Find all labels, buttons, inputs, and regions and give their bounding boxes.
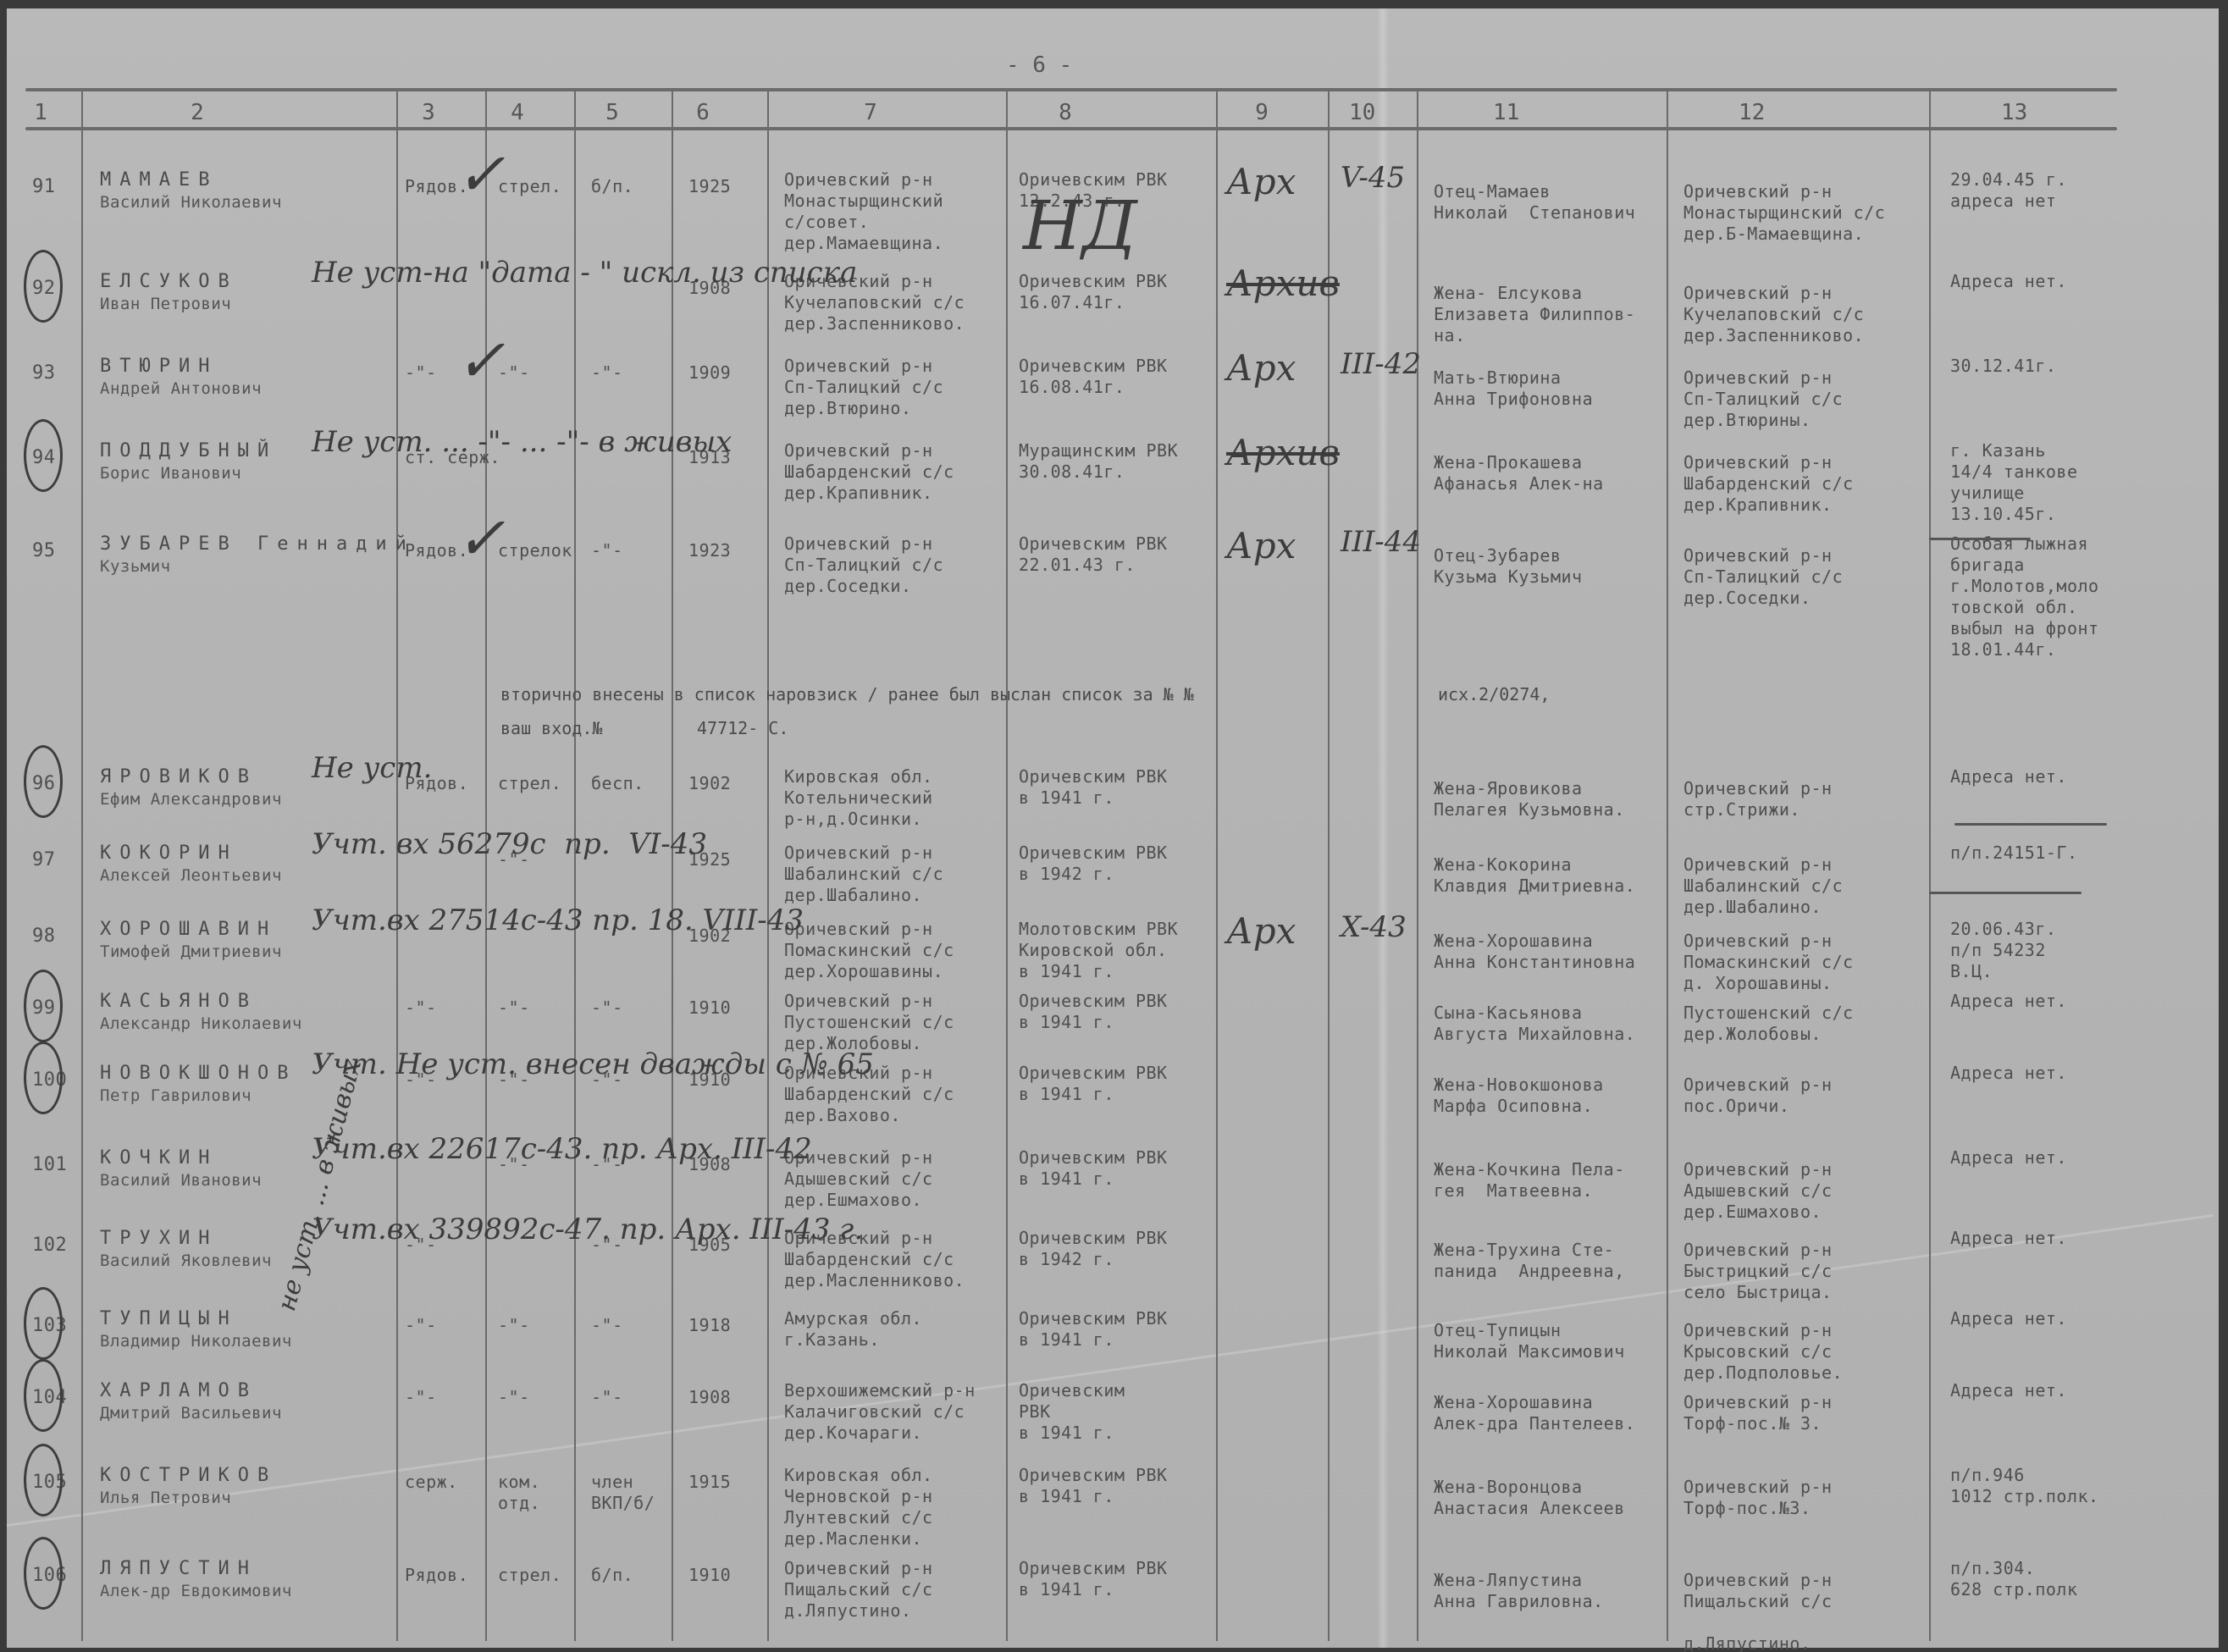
interim-note-label: ваш вход.№ — [500, 718, 602, 738]
column-number-7: 7 — [858, 100, 883, 125]
header-bottom-rule — [25, 127, 2117, 130]
birthplace-line: Черновской р-н — [784, 1486, 933, 1507]
fate-note-line: 1012 стр.полк. — [1950, 1486, 2099, 1507]
relative-address-line: дер.Жолобовы. — [1683, 1024, 1822, 1045]
birthplace-line: с/совет. — [784, 212, 869, 233]
relative-line: Отец-Тупицын — [1434, 1320, 1562, 1341]
relative-line: гея Матвеевна. — [1434, 1180, 1593, 1202]
draft-office-line: Кировской обл. — [1019, 940, 1168, 961]
relative-line: Августа Михайловна. — [1434, 1024, 1635, 1045]
relative-address-line: Оричевский р-н — [1683, 778, 1833, 799]
relative-address-line: Торф-пос.№3. — [1683, 1498, 1811, 1519]
draft-office-line: Молотовским РВК — [1019, 919, 1178, 940]
fate-note-line: адреса нет — [1950, 191, 2056, 212]
relative-line: Жена-Кочкина Пела- — [1434, 1159, 1625, 1180]
birthplace-line: Адышевский с/с — [784, 1169, 933, 1190]
fate-note-line: выбыл на фронт — [1950, 618, 2099, 639]
relative-line: Анастасия Алексеев — [1434, 1498, 1625, 1519]
relative-line: Жена-Яровикова — [1434, 778, 1583, 799]
column-divider — [1667, 91, 1668, 1641]
relative-line: Жена-Новокшонова — [1434, 1075, 1604, 1096]
fate-note-line: 13.10.45г. — [1950, 504, 2056, 525]
draft-office-line: в 1941 г. — [1019, 1012, 1114, 1033]
column-divider — [1216, 91, 1218, 1641]
birthplace-line: дер.Заспенниково. — [784, 313, 965, 334]
relative-line: Отец-Мамаев — [1434, 181, 1551, 202]
rank: -"- — [405, 997, 437, 1019]
birthplace-line: Пищальский с/с — [784, 1579, 933, 1600]
given-name: Василий Иванович — [100, 1170, 262, 1191]
surname: ХАРЛАМОВ — [100, 1380, 257, 1401]
birthplace-line: Оричевский р-н — [784, 169, 933, 191]
birthplace-line: дер.Крапивник. — [784, 483, 933, 504]
birthplace-line: Кировская обл. — [784, 766, 933, 787]
fate-note-line: п/п.946 — [1950, 1465, 2025, 1486]
given-name: Иван Петрович — [100, 294, 231, 315]
relative-line: Анна Трифоновна — [1434, 389, 1593, 410]
fate-note-line: п/п 54232 — [1950, 940, 2046, 961]
archive-mark-handwritten: Арх — [1226, 525, 1296, 566]
position: стрел. — [498, 176, 570, 197]
given-name: Ефим Александрович — [100, 789, 282, 810]
birthplace-line: Шабарденский с/с — [784, 1084, 954, 1105]
birthplace-line: дер.Вахово. — [784, 1105, 901, 1126]
position: стрелок — [498, 540, 570, 561]
position: стрел. — [498, 773, 570, 794]
date-mark-handwritten: X-43 — [1341, 910, 1407, 944]
rank: Рядов. — [405, 1565, 468, 1586]
column-divider — [81, 91, 83, 1641]
position: стрел. — [498, 1565, 570, 1586]
draft-office-line: Оричевским РВК — [1019, 766, 1168, 787]
party-status: -"- — [591, 1315, 667, 1336]
relative-line: Жена-Хорошавина — [1434, 1392, 1593, 1413]
circle-mark-icon — [24, 1041, 63, 1114]
archive-mark-handwritten: Арх — [1226, 910, 1296, 952]
birthplace-line: дер.Ешмахово. — [784, 1190, 922, 1211]
fate-note-line: Адреса нет. — [1950, 1380, 2067, 1401]
draft-office-line: в 1941 г. — [1019, 1084, 1114, 1105]
draft-office-line: в 1941 г. — [1019, 961, 1114, 982]
relative-address-line: Шабарденский с/с — [1683, 473, 1854, 494]
birthplace-line: Оричевский р-н — [784, 440, 933, 461]
ink-underline — [1929, 538, 2031, 540]
relative-address-line: Сп-Талицкий с/с — [1683, 389, 1843, 410]
relative-address-line: Быстрицкий с/с — [1683, 1261, 1833, 1282]
fate-note-line: товской обл. — [1950, 597, 2078, 618]
document-sheet: - 6 - 12345678910111213 91МАМАЕВВасилий … — [7, 8, 2219, 1648]
column-number-2: 2 — [185, 100, 210, 125]
relative-address-line: Оричевский р-н — [1683, 283, 1833, 304]
relative-address-line: дер.Заспенниково. — [1683, 325, 1864, 346]
birth-year: 1910 — [688, 997, 731, 1019]
row-number: 102 — [32, 1235, 67, 1256]
date-mark-handwritten: III-44 — [1341, 525, 1421, 559]
relative-address-line: Оричевский р-н — [1683, 1570, 1833, 1591]
draft-office-line: в 1941 г. — [1019, 787, 1114, 809]
birthplace-line: Котельничеcкий — [784, 787, 933, 809]
relative-line: на. — [1434, 325, 1466, 346]
given-name: Андрей Антонович — [100, 378, 262, 400]
interim-note-line1: вторично внесены в список наровзиск / ра… — [500, 684, 1194, 704]
fate-note-line: Адреса нет. — [1950, 1228, 2067, 1249]
draft-office-line: в 1941 г. — [1019, 1423, 1114, 1444]
given-name: Кузьмич — [100, 556, 171, 577]
fate-note-line: Адреса нет. — [1950, 991, 2067, 1012]
column-number-3: 3 — [416, 100, 441, 125]
relative-line: Марфа Осиповна. — [1434, 1096, 1593, 1117]
draft-office-line: в 1941 г. — [1019, 1169, 1114, 1190]
birthplace-line: дер.Хорошавины. — [784, 961, 943, 982]
row-number: 98 — [32, 925, 56, 947]
circle-mark-icon — [24, 250, 63, 323]
column-number-11: 11 — [1493, 100, 1518, 125]
surname: ЗУБАРЕВ Геннадий — [100, 533, 415, 555]
draft-office-line: 16.08.41г. — [1019, 377, 1125, 398]
circle-mark-icon — [24, 1444, 63, 1517]
circle-mark-icon — [24, 419, 63, 492]
column-number-5: 5 — [600, 100, 625, 125]
draft-office-line: Оричевским РВК — [1019, 1228, 1168, 1249]
rank: -"- — [405, 1387, 437, 1408]
birthplace-line: Оричевский р-н — [784, 533, 933, 555]
draft-office-line: в 1941 г. — [1019, 1329, 1114, 1351]
column-number-9: 9 — [1249, 100, 1274, 125]
given-name: Борис Иванович — [100, 463, 241, 484]
relative-address-line: дер.Втюрины. — [1683, 410, 1811, 431]
relative-address-line: д.Ляпустино. — [1683, 1633, 1811, 1652]
relative-address-line: Сп-Талицкий с/с — [1683, 566, 1843, 588]
fate-note-line: Адреса нет. — [1950, 1147, 2067, 1169]
party-status: -"- — [591, 540, 667, 561]
date-mark-handwritten: V-45 — [1341, 161, 1405, 195]
relative-address-line: Оричевский р-н — [1683, 452, 1833, 473]
draft-office-line: в 1942 г. — [1019, 1249, 1114, 1270]
position: -"- — [498, 1387, 570, 1408]
relative-address-line: Оричевский р-н — [1683, 181, 1833, 202]
relative-line: Жена-Хорошавина — [1434, 931, 1593, 952]
relative-line: Анна Константиновна — [1434, 952, 1635, 973]
birthplace-line: Помаскинский с/с — [784, 940, 954, 961]
birthplace-line: Сп-Талицкий с/с — [784, 555, 943, 576]
surname: НОВОКШОНОВ — [100, 1063, 296, 1084]
birthplace-line: Сп-Талицкий с/с — [784, 377, 943, 398]
relative-address-line: Кучелаповский с/с — [1683, 304, 1864, 325]
archive-mark-handwritten: Архив — [1226, 432, 1340, 473]
relative-address-line: Помаскинский с/с — [1683, 952, 1854, 973]
birthplace-line: Шабарденский с/с — [784, 461, 954, 483]
fate-note-line: 29.04.45 г. — [1950, 169, 2067, 191]
row-number: 91 — [32, 176, 56, 197]
birth-year: 1925 — [688, 176, 731, 197]
relative-line: Жена- Елсукова — [1434, 283, 1583, 304]
given-name: Дмитрий Васильевич — [100, 1403, 282, 1424]
handwritten-annotation: Учт. Не уст. внесен дважды с № 65 — [312, 1047, 874, 1081]
surname: КОЧКИН — [100, 1147, 218, 1169]
surname: ЕЛСУКОВ — [100, 271, 238, 292]
birthplace-line: Шабалинский с/с — [784, 864, 943, 885]
birthplace-line: дер.Масленниково. — [784, 1270, 965, 1291]
check-mark-icon: ✓ — [456, 326, 506, 395]
handwritten-mark-nd: НД — [1023, 186, 1137, 265]
birthplace-line: дер.Мамаевщина. — [784, 233, 943, 254]
column-number-1: 1 — [28, 100, 53, 125]
birthplace-line: дер.Втюрино. — [784, 398, 912, 419]
birth-year: 1915 — [688, 1472, 731, 1493]
relative-address-line: село Быстрица. — [1683, 1282, 1833, 1303]
fate-note-line: В.Ц. — [1950, 961, 1993, 982]
handwritten-vertical-note: не уст. ... в живых — [272, 1056, 368, 1314]
column-number-10: 10 — [1349, 100, 1374, 125]
surname: МАМАЕВ — [100, 169, 218, 191]
row-number: 95 — [32, 540, 56, 561]
rank: -"- — [405, 1315, 437, 1336]
relative-address-line: Торф-пос.№ 3. — [1683, 1413, 1822, 1434]
relative-line: панида Андреевна, — [1434, 1261, 1625, 1282]
fate-note-line: Адреса нет. — [1950, 1308, 2067, 1329]
relative-line: Николай Максимович — [1434, 1341, 1625, 1362]
relative-line: Николай Степанович — [1434, 202, 1635, 224]
relative-address-line: Оричевский р-н — [1683, 545, 1833, 566]
relative-line: Жена-Кокорина — [1434, 854, 1572, 876]
birthplace-line: д.Ляпустино. — [784, 1600, 912, 1622]
position: -"- — [498, 362, 570, 384]
fate-note-line: Адреса нет. — [1950, 766, 2067, 787]
birthplace-line: дер.Соседки. — [784, 576, 912, 597]
handwritten-annotation: Не уст. — [312, 751, 432, 785]
relative-address-line: Пищальский с/с — [1683, 1591, 1833, 1612]
archive-mark-handwritten: Архив — [1226, 262, 1340, 304]
column-divider — [396, 91, 398, 1641]
archive-mark-handwritten: Арх — [1226, 347, 1296, 389]
column-divider — [485, 91, 487, 1641]
date-mark-handwritten: III-42 — [1341, 347, 1421, 381]
birthplace-line: Оричевский р-н — [784, 356, 933, 377]
relative-address-line: Крысовский с/с — [1683, 1341, 1833, 1362]
handwritten-annotation: Не уст. ... -"- ... -"- в живых — [312, 425, 732, 459]
birthplace-line: Верхошижемский р-н — [784, 1380, 976, 1401]
given-name: Алек-др Евдокимович — [100, 1581, 292, 1602]
position: -"- — [498, 1315, 570, 1336]
relative-line: Отец-Зубарев — [1434, 545, 1562, 566]
archive-mark-handwritten: Арх — [1226, 161, 1296, 202]
birthplace-line: Кучелаповский с/с — [784, 292, 965, 313]
relative-address-line: дер.Подполовье. — [1683, 1362, 1843, 1384]
surname: ПОДДУБНЫЙ — [100, 440, 277, 461]
draft-office-line: Оричевским — [1019, 1380, 1125, 1401]
given-name: Александр Николаевич — [100, 1014, 302, 1035]
fate-note-line: г. Казань — [1950, 440, 2046, 461]
birthplace-line: р-н,д.Осинки. — [784, 809, 922, 830]
relative-address-line: Оричевский р-н — [1683, 854, 1833, 876]
position: ком. отд. — [498, 1472, 570, 1514]
draft-office-line: 16.07.41г. — [1019, 292, 1125, 313]
draft-office-line: РВК — [1019, 1401, 1051, 1423]
column-number-8: 8 — [1053, 100, 1078, 125]
birthplace-line: Пустошенский с/с — [784, 1012, 954, 1033]
fate-note-line: 14/4 танкове — [1950, 461, 2078, 483]
row-number: 101 — [32, 1154, 67, 1175]
relative-address-line: дер.Ешмахово. — [1683, 1202, 1822, 1223]
party-status: б/п. — [591, 176, 667, 197]
relative-address-line: Оричевский р-н — [1683, 1240, 1833, 1261]
relative-address-line: Шабалинский с/с — [1683, 876, 1843, 897]
relative-line: Алек-дра Пантелеев. — [1434, 1413, 1635, 1434]
column-number-4: 4 — [505, 100, 530, 125]
birthplace-line: Оричевский р-н — [784, 843, 933, 864]
given-name: Василий Николаевич — [100, 192, 282, 213]
fate-note-line: 20.06.43г. — [1950, 919, 2056, 940]
relative-address-line: Оричевский р-н — [1683, 1477, 1833, 1498]
circle-mark-icon — [24, 1287, 63, 1360]
row-number: 93 — [32, 362, 56, 384]
interim-note-value: 47712- С. — [697, 718, 788, 738]
handwritten-annotation: Учт.вх 339892с-47. пр. Арх. III-43 г. — [312, 1213, 863, 1246]
position: -"- — [498, 997, 570, 1019]
handwritten-annotation: Учт.вх 27514с-43 пр. 18. VIII-43 — [312, 903, 804, 937]
given-name: Владимир Николаевич — [100, 1331, 292, 1352]
relative-address-line: Монастырщинский с/с — [1683, 202, 1885, 224]
draft-office-line: в 1941 г. — [1019, 1486, 1114, 1507]
fate-note-line: бригада — [1950, 555, 2025, 576]
surname: ТРУХИН — [100, 1228, 218, 1249]
column-number-12: 12 — [1739, 100, 1764, 125]
birth-year: 1918 — [688, 1315, 731, 1336]
surname: ЛЯПУСТИН — [100, 1558, 257, 1579]
rank: серж. — [405, 1472, 458, 1493]
fate-note-line: 628 стр.полк — [1950, 1579, 2078, 1600]
birth-year: 1910 — [688, 1565, 731, 1586]
fate-note-line: п/п.24151-Г. — [1950, 843, 2078, 864]
paper-fold — [1377, 8, 1389, 1648]
circle-mark-icon — [24, 970, 63, 1042]
circle-mark-icon — [24, 1359, 63, 1432]
surname: КОКОРИН — [100, 843, 238, 864]
surname: ВТЮРИН — [100, 356, 218, 377]
birthplace-line: Амурская обл. — [784, 1308, 922, 1329]
column-number-13: 13 — [2001, 100, 2026, 125]
party-status: -"- — [591, 1387, 667, 1408]
circle-mark-icon — [24, 745, 63, 818]
party-status: член ВКП/б/ — [591, 1472, 667, 1514]
birthplace-line: Лунтевский с/с — [784, 1507, 933, 1528]
relative-address-line: Оричевский р-н — [1683, 1159, 1833, 1180]
birthplace-line: Кировская обл. — [784, 1465, 933, 1486]
party-status: -"- — [591, 362, 667, 384]
relative-line: Жена-Ляпустина — [1434, 1570, 1583, 1591]
draft-office-line: Оричевским РВК — [1019, 991, 1168, 1012]
birth-year: 1902 — [688, 773, 731, 794]
birth-year: 1923 — [688, 540, 731, 561]
relative-line: Елизавета Филиппов- — [1434, 304, 1635, 325]
check-mark-icon: ✓ — [456, 504, 506, 573]
relative-line: Жена-Прокашева — [1434, 452, 1583, 473]
interim-note-ref: исх.2/0274, — [1438, 684, 1550, 704]
draft-office-line: Оричевским РВК — [1019, 843, 1168, 864]
relative-address-line: дер.Шабалино. — [1683, 897, 1822, 918]
birth-year: 1908 — [688, 1387, 731, 1408]
surname: ХОРОШАВИН — [100, 919, 277, 940]
row-number: 97 — [32, 849, 56, 870]
column-divider — [574, 91, 576, 1641]
given-name: Тимофей Дмитриевич — [100, 942, 282, 963]
relative-address-line: Оричевский р-н — [1683, 1075, 1833, 1096]
fate-note-line: г.Молотов,моло — [1950, 576, 2099, 597]
draft-office-line: Оричевским РВК — [1019, 1147, 1168, 1169]
column-divider — [1929, 91, 1931, 1641]
birthplace-line: Оричевский р-н — [784, 991, 933, 1012]
party-status: бесп. — [591, 773, 667, 794]
relative-line: Клавдия Дмитриевна. — [1434, 876, 1635, 897]
relative-line: Кузьма Кузьмич — [1434, 566, 1583, 588]
relative-line: Мать-Втюрина — [1434, 367, 1562, 389]
draft-office-line: 22.01.43 г. — [1019, 555, 1136, 576]
column-divider — [1328, 91, 1330, 1641]
party-status: б/п. — [591, 1565, 667, 1586]
relative-line: Анна Гавриловна. — [1434, 1591, 1604, 1612]
relative-address-line: пос.Оричи. — [1683, 1096, 1789, 1117]
draft-office-line: Оричевским РВК — [1019, 356, 1168, 377]
relative-line: Жена-Воронцова — [1434, 1477, 1583, 1498]
circle-mark-icon — [24, 1537, 63, 1610]
rank: -"- — [405, 362, 437, 384]
relative-line: Пелагея Кузьмовна. — [1434, 799, 1625, 820]
draft-office-line: Оричевским РВК — [1019, 1558, 1168, 1579]
birthplace-line: Оричевский р-н — [784, 919, 933, 940]
draft-office-line: в 1941 г. — [1019, 1579, 1114, 1600]
draft-office-line: Оричевским РВК — [1019, 533, 1168, 555]
fate-note-line: 18.01.44г. — [1950, 639, 2056, 660]
relative-address-line: дер.Крапивник. — [1683, 494, 1833, 516]
relative-address-line: дер.Б-Мамаевщина. — [1683, 224, 1864, 245]
fate-note-line: 30.12.41г. — [1950, 356, 2056, 377]
ink-underline — [1954, 823, 2107, 826]
relative-address-line: дер.Соседки. — [1683, 588, 1811, 609]
party-status: -"- — [591, 997, 667, 1019]
birthplace-line: Калачиговский с/с — [784, 1401, 965, 1423]
relative-address-line: Оричевский р-н — [1683, 1392, 1833, 1413]
column-divider — [1417, 91, 1418, 1641]
fate-note-line: п/п.304. — [1950, 1558, 2035, 1579]
relative-line: Жена-Трухина Сте- — [1434, 1240, 1614, 1261]
ink-underline — [1929, 892, 2081, 894]
surname: ЯРОВИКОВ — [100, 766, 257, 787]
birthplace-line: Оричевский р-н — [784, 1558, 933, 1579]
draft-office-line: 30.08.41г. — [1019, 461, 1125, 483]
fate-note-line: Адреса нет. — [1950, 271, 2067, 292]
handwritten-annotation: Не уст-на "дата - " искл. из списка — [312, 256, 857, 290]
column-divider — [767, 91, 769, 1641]
surname: КОСТРИКОВ — [100, 1465, 277, 1486]
relative-line: Сына-Касьянова — [1434, 1003, 1583, 1024]
fate-note-line: Особая лыжная — [1950, 533, 2088, 555]
handwritten-annotation: Учт.вх 22617с-43. пр. Арх. III-42 — [312, 1132, 812, 1166]
header-top-rule — [25, 88, 2117, 91]
birthplace-line: Монастырщинский — [784, 191, 943, 212]
birthplace-line: дер.Кочараги. — [784, 1423, 922, 1444]
surname: КАСЬЯНОВ — [100, 991, 257, 1012]
birthplace-line: Шабарденский с/с — [784, 1249, 954, 1270]
relative-address-line: Адышевский с/с — [1683, 1180, 1833, 1202]
birth-year: 1909 — [688, 362, 731, 384]
fate-note-line: училище — [1950, 483, 2025, 504]
draft-office-line: Оричевским РВК — [1019, 1308, 1168, 1329]
given-name: Илья Петрович — [100, 1488, 231, 1509]
relative-address-line: Пустошенский с/с — [1683, 1003, 1854, 1024]
draft-office-line: Оричевским РВК — [1019, 1465, 1168, 1486]
relative-address-line: Оричевский р-н — [1683, 367, 1833, 389]
page-number: - 6 - — [1006, 52, 1072, 78]
